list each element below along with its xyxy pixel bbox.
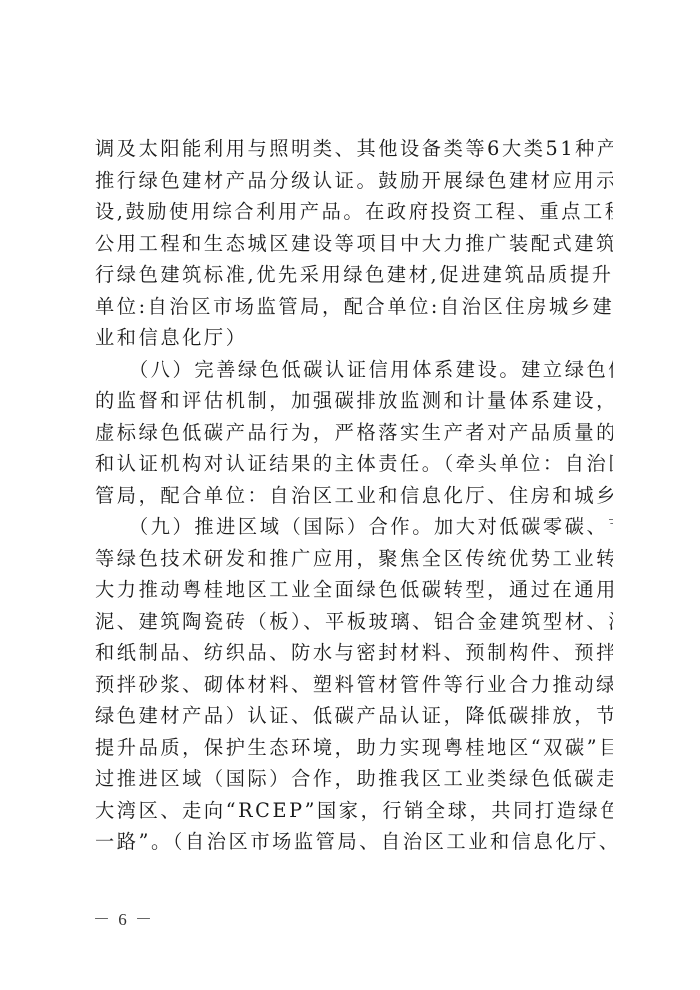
text-line: 的监督和评估机制，加强碳排放监测和计量体系建设，严厉打击 — [95, 385, 613, 417]
text-line: 一路”。（自治区市场监管局、自治区工业和信息化厅、住房城乡 — [95, 826, 613, 858]
text-line: 公用工程和生态城区建设等项目中大力推广装配式建筑,严格执 — [95, 228, 613, 260]
text-line: 和纸制品、纺织品、防水与密封材料、预制构件、预拌混凝土、 — [95, 637, 613, 669]
text-line: 和认证机构对认证结果的主体责任。（牵头单位：自治区市场监 — [95, 448, 613, 480]
text-line: 单位:自治区市场监管局，配合单位:自治区住房城乡建设厅、工 — [95, 291, 613, 323]
text-line: 大湾区、走向“RCEP”国家，行销全球，共同打造绿色“一带 — [95, 795, 613, 827]
body-text: 调及太阳能利用与照明类、其他设备类等6大类51种产品中,大力 推行绿色建材产品分… — [95, 133, 613, 858]
text-line: 预拌砂浆、砌体材料、塑料管材管件等行业合力推动绿色产品(含 — [95, 669, 613, 701]
text-line: 设,鼓励使用综合利用产品。在政府投资工程、重点工程、市政 — [95, 196, 613, 228]
text-line: 业和信息化厅） — [95, 322, 613, 354]
text-line: 等绿色技术研发和推广应用，聚焦全区传统优势工业转型升级， — [95, 543, 613, 575]
text-line: 管局，配合单位：自治区工业和信息化厅、住房和城乡建设厅） — [95, 480, 613, 512]
page-number: － 6 － — [93, 905, 154, 930]
section-heading-line: （九）推进区域（国际）合作。加大对低碳零碳、节能环保 — [95, 511, 613, 543]
text-line: 行绿色建筑标准,优先采用绿色建材,促进建筑品质提升。（牵头 — [95, 259, 613, 291]
text-line: 绿色建材产品）认证、低碳产品认证，降低碳排放，节约资源， — [95, 700, 613, 732]
document-page: 调及太阳能利用与照明类、其他设备类等6大类51种产品中,大力 推行绿色建材产品分… — [0, 0, 700, 990]
text-line: 推行绿色建材产品分级认证。鼓励开展绿色建材应用示范工程建 — [95, 165, 613, 197]
section-heading-line: （八）完善绿色低碳认证信用体系建设。建立绿色低碳认证 — [95, 354, 613, 386]
text-line: 提升品质，保护生态环境，助力实现粤桂地区“双碳”目标。通 — [95, 732, 613, 764]
text-line: 过推进区域（国际）合作，助推我区工业类绿色低碳走进粤港澳 — [95, 763, 613, 795]
text-line: 泥、建筑陶瓷砖（板）、平板玻璃、铝合金建筑型材、涂料、纸 — [95, 606, 613, 638]
text-line: 调及太阳能利用与照明类、其他设备类等6大类51种产品中,大力 — [95, 133, 613, 165]
text-line: 大力推动粤桂地区工业全面绿色低碳转型，通过在通用硅酸盐水 — [95, 574, 613, 606]
text-line: 虚标绿色低碳产品行为，严格落实生产者对产品质量的主体责任 — [95, 417, 613, 449]
